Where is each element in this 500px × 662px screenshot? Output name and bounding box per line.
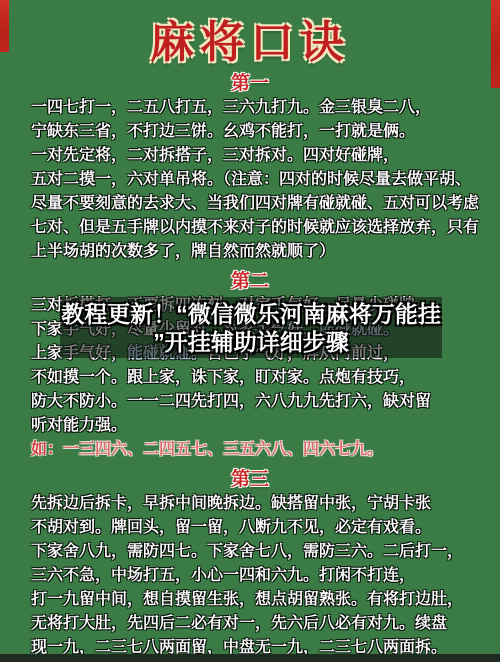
text-segment: 不如摸一个。跟上家，诛下家，盯对家。点炮有技巧， [31, 369, 415, 386]
text-segment: 如： [31, 441, 63, 458]
body-line: 一对先定将，二对拆搭子，三对拆对。四对好碰牌， [0, 144, 500, 168]
red-border-top-right [491, 0, 500, 88]
red-border-top-left [0, 0, 9, 52]
body-line: 七对、但是五手牌以内摸不来对子的时候就应该选择放弃，只有 [0, 216, 500, 240]
body-line: 先拆边后拆卡，早拆中间晚拆边。缺搭留中张，宁胡卡张 [0, 492, 500, 516]
page-title: 麻将口诀 [0, 6, 500, 70]
text-segment: 打一九留中间，想自摸留生张，想点胡留熟张。有将打边肚， [31, 591, 463, 608]
text-segment: 宁缺东三省，不打边三饼。幺鸡不能打，一打就是俩。 [31, 123, 415, 140]
body-line: 下家舍八九，需防四七。下家舍七八，需防三六。二后打一， [0, 540, 500, 564]
body-line: 五对二摸一，六对单吊将。（注意：四对的时候尽量去做平胡、 [0, 168, 500, 192]
watermark-line-2: ”开挂辅助详细步骤 [60, 328, 442, 356]
text-segment: 下家舍八九，需防四七。下家舍七八，需防三六。二后打一， [31, 543, 463, 560]
text-segment: 五对二摸一，六对单吊将。（注意：四对的时候尽量去做平胡、 [31, 171, 471, 188]
sections: 第一一四七打一，二五八打五，三六九打九。金三银臭二八，宁缺东三省，不打边三饼。幺… [0, 72, 500, 660]
watermark-line-1: 教程更新！“微信微乐河南麻将万能挂 [60, 300, 442, 328]
mahjong-tips-poster: 麻将口诀 第一一四七打一，二五八打五，三六九打九。金三银臭二八，宁缺东三省，不打… [0, 0, 500, 662]
text-segment: 三六不急，中场打五，小心一四和六九。打闲不打连， [31, 567, 415, 584]
text-segment: 防大不防小。一一二四先打四，六八九九先打六，缺对留 [31, 393, 431, 410]
section-heading: 第二 [0, 270, 500, 294]
body-line: 如：一三四六、二四五七、三五六八、四六七九。 [0, 438, 500, 462]
body-line: 听对能力强。 [0, 414, 500, 438]
body-line: 不胡对到。牌回头，留一留，八断九不见，必定有戏看。 [0, 516, 500, 540]
body-line: 不如摸一个。跟上家，诛下家，盯对家。点炮有技巧， [0, 366, 500, 390]
body-line: 打一九留中间，想自摸留生张，想点胡留熟张。有将打边肚， [0, 588, 500, 612]
watermark-overlay: 教程更新！“微信微乐河南麻将万能挂 ”开挂辅助详细步骤 [60, 297, 442, 358]
body-line: 尽量不要刻意的去求大、当我们四对牌有碰就碰、五对可以考虑 [0, 192, 500, 216]
body-line: 无将打大肚，先四后二必有对一，先六后八必有对九。续盘 [0, 612, 500, 636]
text-segment: 上半场胡的次数多了，牌自然而然就顺了） [31, 243, 335, 260]
section-heading: 第三 [0, 468, 500, 492]
body-line: 上半场胡的次数多了，牌自然而然就顺了） [0, 240, 500, 264]
text-segment: 听对能力强。 [31, 417, 127, 434]
text-segment: 一四七打一，二五八打五，三六九打九。金三银臭二八， [31, 99, 431, 116]
text-segment: 无将打大肚，先四后二必有对一，先六后八必有对九。续盘 [31, 615, 447, 632]
text-segment: 先拆边后拆卡，早拆中间晚拆边。缺搭留中张，宁胡卡张 [31, 495, 431, 512]
bottom-dark-strip [0, 654, 500, 662]
body-line: 宁缺东三省，不打边三饼。幺鸡不能打，一打就是俩。 [0, 120, 500, 144]
body-line: 防大不防小。一一二四先打四，六八九九先打六，缺对留 [0, 390, 500, 414]
body-line: 三六不急，中场打五，小心一四和六九。打闲不打连， [0, 564, 500, 588]
body-line: 一四七打一，二五八打五，三六九打九。金三银臭二八， [0, 96, 500, 120]
text-segment: 一对先定将，二对拆搭子，三对拆对。四对好碰牌， [31, 147, 399, 164]
text-segment: 不胡对到。牌回头，留一留，八断九不见，必定有戏看。 [31, 519, 431, 536]
section-heading: 第一 [0, 72, 500, 96]
text-segment: 尽量不要刻意的去求大、当我们四对牌有碰就碰、五对可以考虑 [31, 195, 479, 212]
text-segment: 一三四六、二四五七、三五六八、四六七九。 [63, 441, 383, 458]
text-segment: 七对、但是五手牌以内摸不来对子的时候就应该选择放弃，只有 [31, 219, 479, 236]
